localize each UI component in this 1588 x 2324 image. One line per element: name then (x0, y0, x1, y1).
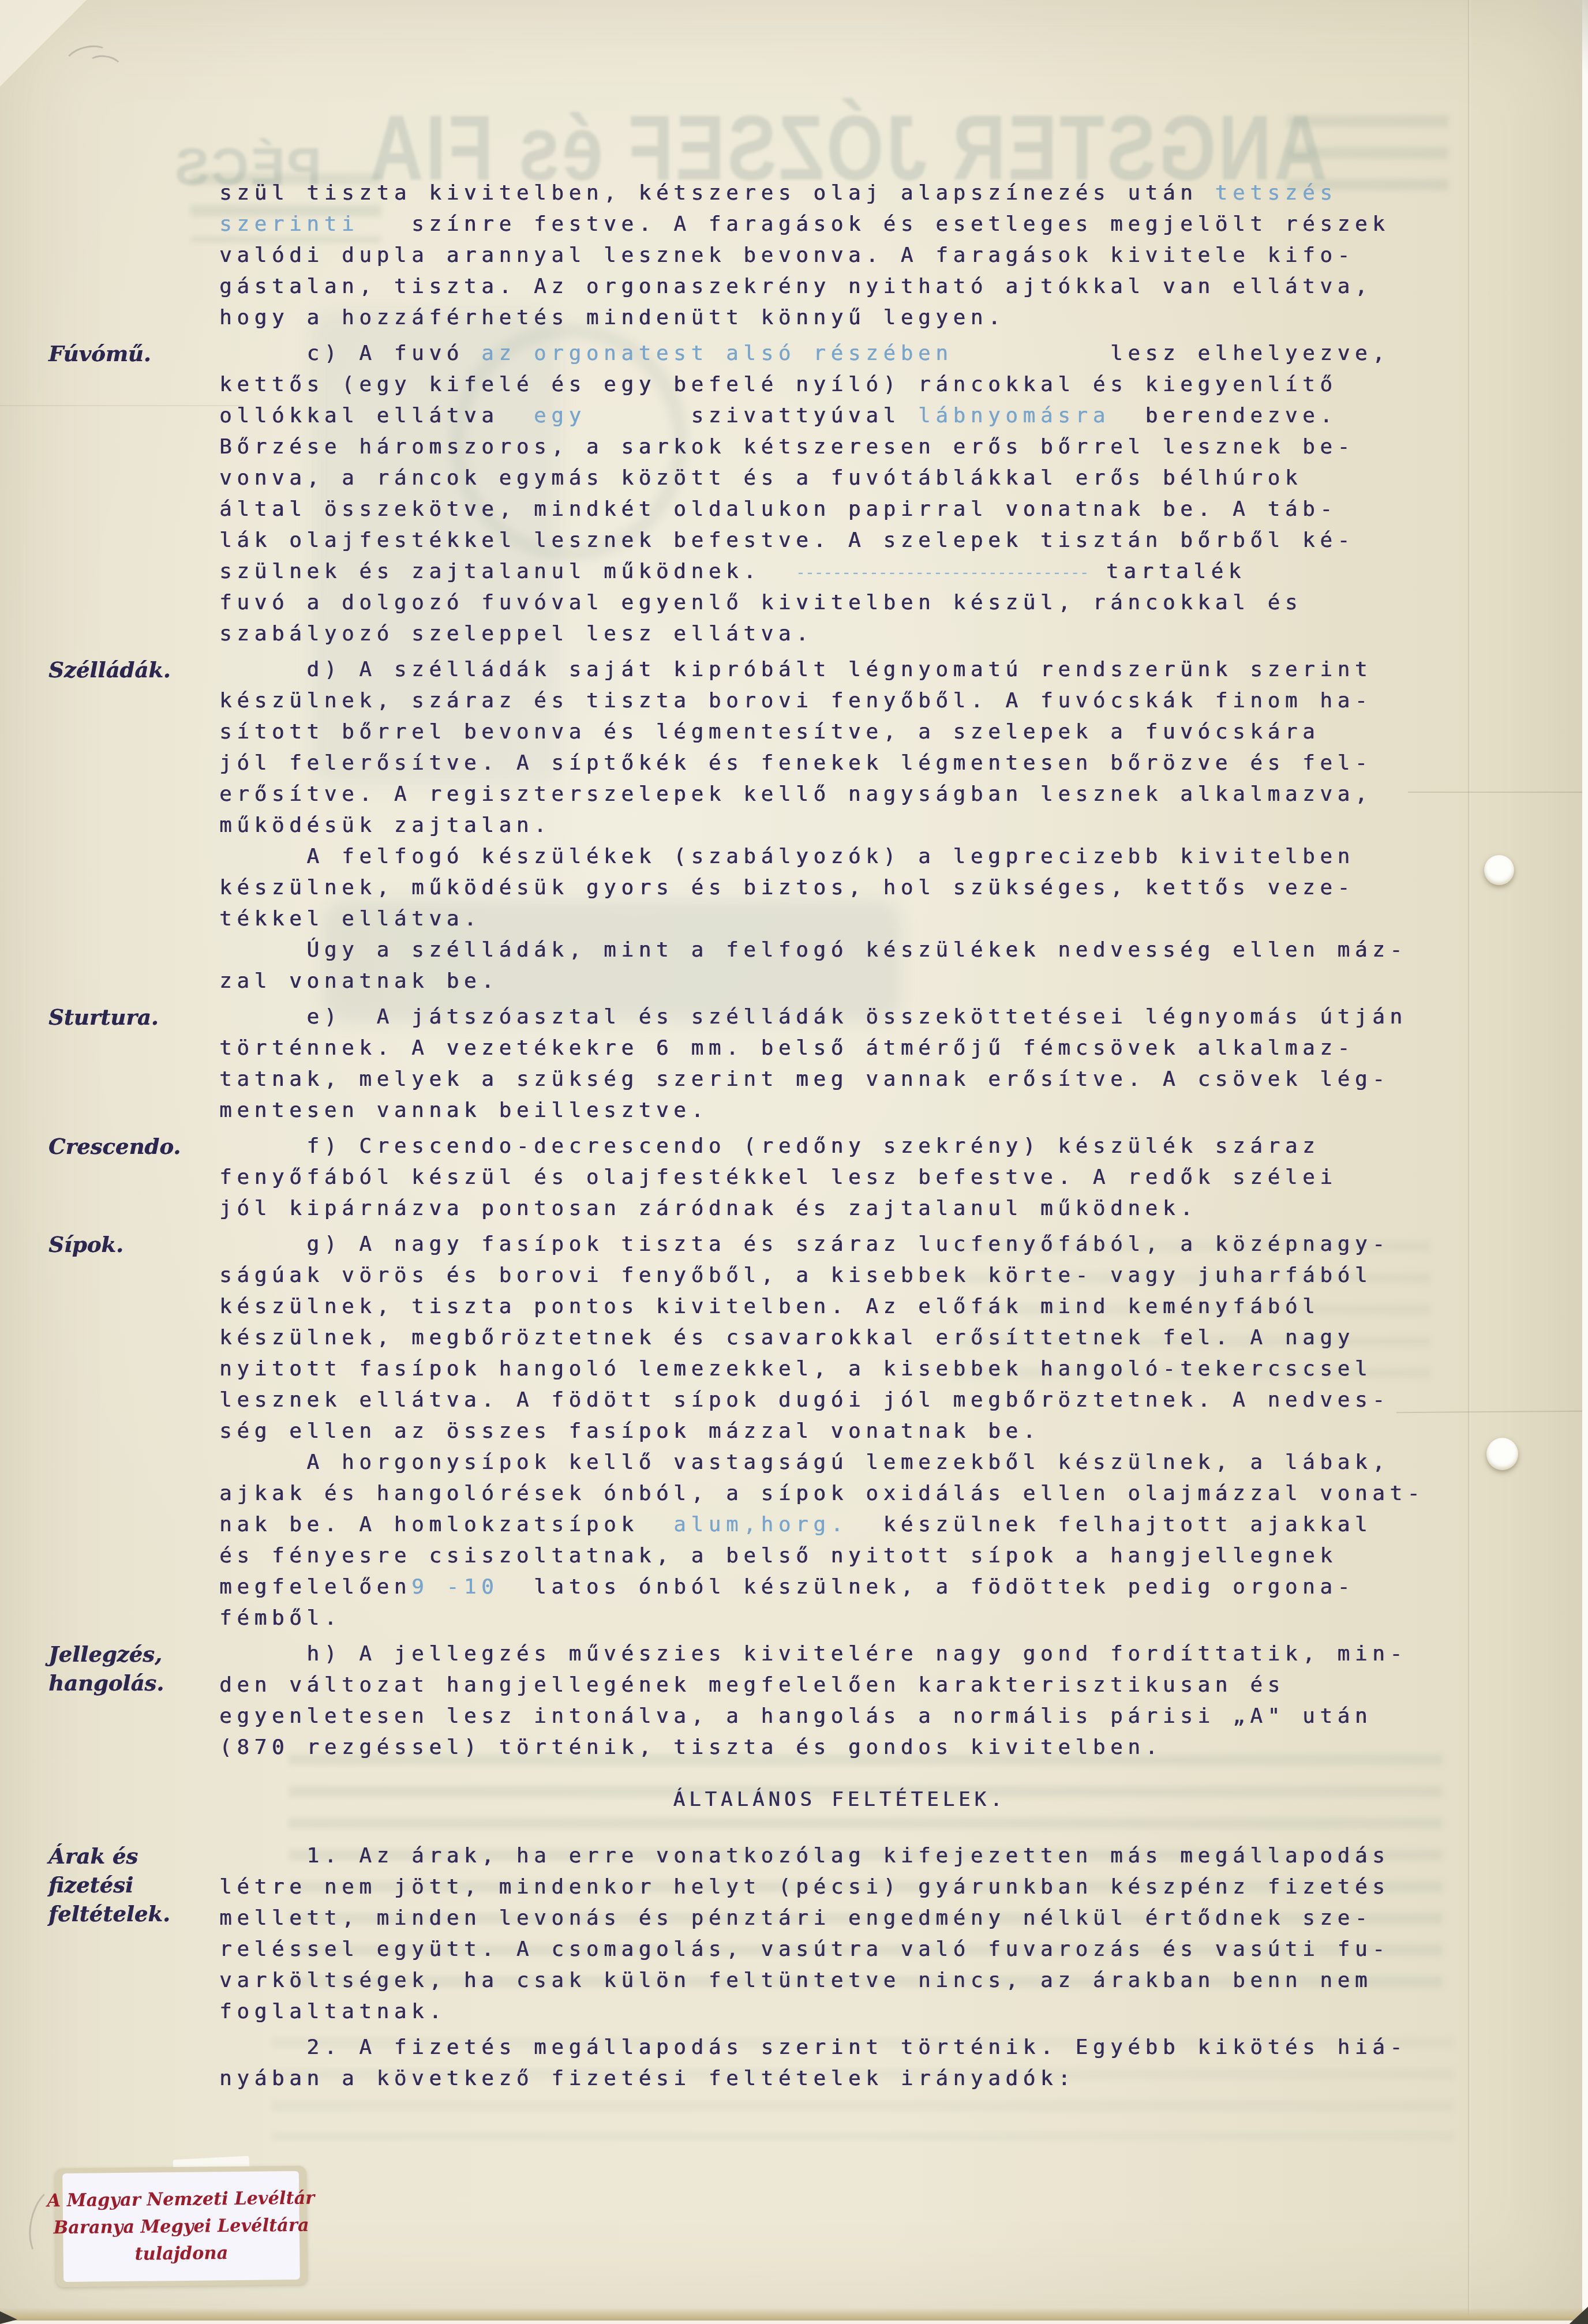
ink-text: készülnek, megbőröztetnek és csavarokkal… (219, 1326, 1355, 1350)
typewritten-line: hogy a hozzáférhetés mindenütt könnyű le… (219, 302, 1460, 333)
typewritten-line: által összekötve, mindkét oldalukon papi… (219, 494, 1460, 525)
scanned-document-page: ANGSTER JÓZSEF és FIA PÉCS szül tiszta k… (0, 0, 1588, 2324)
typewritten-line: 2. A fizetés megállapodás szerint történ… (219, 2032, 1460, 2063)
blue-insert-text: lábnyomásra (918, 404, 1110, 428)
ink-text: jól felerősítve. A síptőkék és fenekek l… (219, 751, 1372, 775)
ink-text: g) A nagy fasípok tiszta és száraz lucfe… (219, 1232, 1389, 1256)
ink-text: egyenletesen lesz intonálva, a hangolás … (219, 1704, 1372, 1728)
ink-text: c) A fuvó (219, 342, 481, 365)
margin-label-jellegzes: Jellegzés,hangolás. (48, 1640, 216, 1697)
section-arak: 1. Az árak, ha erre vonatkozólag kifejez… (219, 1841, 1460, 2027)
ink-text: kettős (egy kifelé és egy befelé nyíló) … (219, 373, 1338, 396)
ink-text: mellett, minden levonás és pénztári enge… (219, 1906, 1372, 1930)
margin-label-line: Sípok. (48, 1230, 216, 1259)
typewritten-line: g) A nagy fasípok tiszta és száraz lucfe… (219, 1229, 1460, 1260)
typewritten-line: (870 rezgéssel) történik, tiszta és gond… (219, 1732, 1460, 1763)
ink-text: foglaltatnak. (219, 2000, 447, 2023)
section-crescendo: f) Crescendo-decrescendo (redőny szekrén… (219, 1131, 1460, 1224)
margin-label-line: hangolás. (48, 1669, 216, 1697)
typewritten-line: f) Crescendo-decrescendo (redőny szekrén… (219, 1131, 1460, 1162)
ink-text: tartalék (1088, 560, 1245, 583)
ink-text: e) A játszóasztal és szélládák összekött… (219, 1005, 1407, 1029)
typewritten-line: foglaltatnak. (219, 1996, 1460, 2027)
ink-text: den változat hangjellegének megfelelően … (219, 1673, 1285, 1697)
typewritten-line: jól felerősítve. A síptőkék és fenekek l… (219, 748, 1460, 779)
ink-text: fenyőfából készül és olajfestékkel lesz … (219, 1165, 1338, 1189)
typewritten-line: mentesen vannak beillesztve. (219, 1095, 1460, 1126)
margin-label-crescendo: Crescendo. (48, 1132, 216, 1161)
ink-text: gástalan, tiszta. Az orgonaszekrény nyit… (219, 275, 1372, 298)
ink-text: létre nem jött, mindenkor helyt (pécsi) … (219, 1875, 1389, 1899)
ink-text: nyitott fasípok hangoló lemezekkel, a ki… (219, 1357, 1372, 1381)
blue-insert-text: szerinti (219, 212, 359, 236)
margin-label-line: fizetési (48, 1871, 216, 1899)
blue-insert-text: alum,horg. (673, 1513, 848, 1536)
ink-text: 1. Az árak, ha erre vonatkozólag kifejez… (219, 1844, 1389, 1868)
ink-text: vonva, a ráncok egymás között és a fuvót… (219, 466, 1302, 490)
margin-label-arak: Árak ésfizetésifeltételek. (48, 1842, 216, 1928)
blue-insert-text: 9 -10 (411, 1575, 499, 1599)
ink-text: (870 rezgéssel) történik, tiszta és gond… (219, 1735, 1163, 1759)
ink-text: A horgonysípok kellő vastagságú lemezekb… (219, 1450, 1389, 1474)
typewritten-line: történnek. A vezetékekre 6 mm. belső átm… (219, 1033, 1460, 1064)
ink-text: sított bőrrel bevonva és légmentesítve, … (219, 720, 1320, 744)
ink-text: szabályozó szeleppel lesz ellátva. (219, 622, 813, 646)
ink-text: történnek. A vezetékekre 6 mm. belső átm… (219, 1036, 1355, 1060)
ink-text: és fényesre csiszoltatnak, a belső nyito… (219, 1544, 1338, 1568)
blue-dashed-line: -------------------------------- (796, 563, 1088, 582)
typewritten-line: erősítve. A regiszterszelepek kellő nagy… (219, 779, 1460, 810)
blue-insert-text: egy (534, 404, 586, 428)
ink-text: jól kipárnázva pontosan záródnak és zajt… (219, 1197, 1197, 1220)
typewritten-line: reléssel együtt. A csomagolás, vasútra v… (219, 1934, 1460, 1965)
torn-edge-top-right (1537, 0, 1588, 75)
crease-line (0, 405, 242, 406)
ink-text: berendezve. (1110, 404, 1338, 428)
ink-text: tatnak, melyek a szükség szerint meg van… (219, 1067, 1389, 1091)
margin-label-line: Fúvómű. (48, 339, 216, 368)
typewritten-line: nyitott fasípok hangoló lemezekkel, a ki… (219, 1354, 1460, 1385)
typewritten-line: és fényesre csiszoltatnak, a belső nyito… (219, 1540, 1460, 1572)
typewritten-line: szabályozó szeleppel lesz ellátva. (219, 619, 1460, 650)
margin-label-line: Árak és (48, 1842, 216, 1871)
ink-text: fémből. (219, 1606, 342, 1630)
typewritten-line: vonva, a ráncok egymás között és a fuvót… (219, 463, 1460, 494)
ink-text: A felfogó készülékek (szabályozók) a leg… (219, 845, 1355, 868)
typewritten-line: tékkel ellátva. (219, 904, 1460, 935)
ink-text: tékkel ellátva. (219, 907, 481, 931)
ink-text: nak be. A homlokzatsípok (219, 1513, 673, 1536)
ink-text: fuvó a dolgozó fuvóval egyenlő kivitelbe… (219, 591, 1302, 614)
stamp-line: A Magyar Nemzeti Levéltár (47, 2184, 315, 2214)
scanner-edge-bottom (0, 2321, 1588, 2324)
typewritten-line: szerinti színre festve. A faragások és e… (219, 209, 1460, 240)
ink-text: szül tiszta kivitelben, kétszeres olaj a… (219, 181, 1215, 205)
ink-text: lesznek ellátva. A födött sípok dugói jó… (219, 1388, 1389, 1412)
typewritten-line: den változat hangjellegének megfelelően … (219, 1670, 1460, 1701)
typewritten-line: tatnak, melyek a szükség szerint meg van… (219, 1064, 1460, 1095)
section-heading: ÁLTALÁNOS FELTÉTELEK. (219, 1784, 1460, 1815)
ink-text: készülnek, tiszta pontos kivitelben. Az … (219, 1295, 1320, 1318)
margin-label-line: feltételek. (48, 1899, 216, 1928)
ink-text: Bőrzése háromszoros, a sarkok kétszerese… (219, 435, 1355, 459)
typewritten-line: lák olajfestékkel lesznek befestve. A sz… (219, 525, 1460, 556)
margin-label-line: Jellegzés, (48, 1640, 216, 1669)
typewritten-line: szülnek és zajtalanul működnek. --------… (219, 556, 1460, 587)
typewritten-line: készülnek, tiszta pontos kivitelben. Az … (219, 1291, 1460, 1322)
page-edge-right (1582, 0, 1588, 2324)
typewritten-line: c) A fuvó az orgonatest alsó részében le… (219, 338, 1460, 369)
margin-label-line: Sturtura. (48, 1003, 216, 1032)
archive-stamp: A Magyar Nemzeti Levéltár Baranya Megyei… (55, 2166, 308, 2288)
ink-text: reléssel együtt. A csomagolás, vasútra v… (219, 1937, 1389, 1961)
ink-text: készülnek, működésük gyors és biztos, ho… (219, 876, 1355, 899)
typewritten-line: sított bőrrel bevonva és légmentesítve, … (219, 717, 1460, 748)
typewritten-line: A felfogó készülékek (szabályozók) a leg… (219, 841, 1460, 872)
ink-text: nyában a következő fizetési feltételek i… (219, 2067, 1075, 2090)
typewritten-line: ajkak és hangolórések ónból, a sípok oxi… (219, 1478, 1460, 1509)
ink-text: hogy a hozzáférhetés mindenütt könnyű le… (219, 306, 1005, 329)
page-corner-top-left (0, 0, 87, 87)
section-fuvomu: c) A fuvó az orgonatest alsó részében le… (219, 338, 1460, 650)
section-fizetes: 2. A fizetés megállapodás szerint történ… (219, 2032, 1460, 2094)
ink-text: által összekötve, mindkét oldalukon papi… (219, 497, 1338, 521)
typewritten-line: ságúak vörös és borovi fenyőből, a kiseb… (219, 1260, 1460, 1291)
typewritten-line: működésük zajtalan. (219, 810, 1460, 841)
typewritten-line: fenyőfából készül és olajfestékkel lesz … (219, 1162, 1460, 1193)
typewritten-line: d) A szélládák saját kipróbált légnyomat… (219, 654, 1460, 685)
ink-text: valódi dupla arannyal lesznek bevonva. A… (219, 243, 1355, 267)
typewritten-line: létre nem jött, mindenkor helyt (pécsi) … (219, 1872, 1460, 1903)
ink-text: latos ónból készülnek, a födöttek pedig … (499, 1575, 1354, 1599)
vertical-fold-line (1468, 0, 1470, 2324)
ink-text: működésük zajtalan. (219, 814, 551, 837)
ink-text: lesz elhelyezve, (953, 342, 1390, 365)
typewritten-line: fémből. (219, 1603, 1460, 1634)
section-sturtura: e) A játszóasztal és szélládák összekött… (219, 1002, 1460, 1126)
typewritten-line: ollókkal ellátva egy szivattyúval lábnyo… (219, 400, 1460, 432)
section-intro: szül tiszta kivitelben, kétszeres olaj a… (219, 178, 1460, 333)
section-jellegzes: h) A jellegzés művészies kivitelére nagy… (219, 1639, 1460, 1763)
crease-line (1408, 792, 1588, 793)
typewritten-line: ség ellen az összes fasípok mázzal vonat… (219, 1416, 1460, 1447)
ink-text: készülnek felhajtott ajakkal (848, 1513, 1372, 1536)
typewritten-line: h) A jellegzés művészies kivitelére nagy… (219, 1639, 1460, 1670)
ink-text: ollókkal ellátva (219, 404, 534, 428)
margin-label-line: Crescendo. (48, 1132, 216, 1161)
ink-text: lák olajfestékkel lesznek befestve. A sz… (219, 528, 1355, 552)
typewritten-line: gástalan, tiszta. Az orgonaszekrény nyit… (219, 271, 1460, 302)
ink-text: szülnek és zajtalanul működnek. (219, 560, 796, 583)
ink-text: színre festve. A faragások és esetleges … (359, 212, 1389, 236)
typewritten-line: egyenletesen lesz intonálva, a hangolás … (219, 1701, 1460, 1732)
typewritten-line: varköltségek, ha csak külön feltüntetve … (219, 1965, 1460, 1996)
punch-hole (1484, 855, 1514, 885)
stamp-line: tulajdona (134, 2240, 228, 2268)
ink-text: ség ellen az összes fasípok mázzal vonat… (219, 1419, 1040, 1443)
ink-text: ÁLTALÁNOS FELTÉTELEK. (673, 1788, 1006, 1811)
section-szelladak: d) A szélládák saját kipróbált légnyomat… (219, 654, 1460, 997)
blue-insert-text: tetszés (1215, 181, 1338, 205)
margin-label-sturtura: Sturtura. (48, 1003, 216, 1032)
ink-text: Úgy a szélládák, mint a felfogó készülék… (219, 938, 1407, 962)
ink-text: ságúak vörös és borovi fenyőből, a kiseb… (219, 1264, 1372, 1287)
typewritten-line: A horgonysípok kellő vastagságú lemezekb… (219, 1447, 1460, 1478)
typewritten-line: lesznek ellátva. A födött sípok dugói jó… (219, 1385, 1460, 1416)
ink-text: megfelelően (219, 1575, 411, 1599)
section-sipok: g) A nagy fasípok tiszta és száraz lucfe… (219, 1229, 1460, 1634)
ink-text: varköltségek, ha csak külön feltüntetve … (219, 1969, 1372, 1992)
typewritten-line: nak be. A homlokzatsípok alum,horg. kész… (219, 1509, 1460, 1540)
typewritten-line: zal vonatnak be. (219, 966, 1460, 997)
typewritten-line: fuvó a dolgozó fuvóval egyenlő kivitelbe… (219, 587, 1460, 619)
typewritten-line: e) A játszóasztal és szélládák összekött… (219, 1002, 1460, 1033)
archive-stamp-label: A Magyar Nemzeti Levéltár Baranya Megyei… (62, 2171, 300, 2282)
section-heading-text: ÁLTALÁNOS FELTÉTELEK. (673, 1784, 1006, 1815)
ink-text: készülnek, száraz és tiszta borovi fenyő… (219, 689, 1372, 713)
ink-text: ajkak és hangolórések ónból, a sípok oxi… (219, 1482, 1425, 1505)
typewritten-line: megfelelően9 -10 latos ónból készülnek, … (219, 1572, 1460, 1603)
typewritten-text-column: szül tiszta kivitelben, kétszeres olaj a… (219, 178, 1460, 2094)
typewritten-line: mellett, minden levonás és pénztári enge… (219, 1903, 1460, 1934)
typewritten-line: nyában a következő fizetési feltételek i… (219, 2063, 1460, 2094)
ink-text: f) Crescendo-decrescendo (redőny szekrén… (219, 1134, 1320, 1158)
ink-text: mentesen vannak beillesztve. (219, 1099, 709, 1122)
ink-text: h) A jellegzés művészies kivitelére nagy… (219, 1642, 1407, 1666)
typewritten-line: készülnek, száraz és tiszta borovi fenyő… (219, 685, 1460, 717)
typewritten-line: szül tiszta kivitelben, kétszeres olaj a… (219, 178, 1460, 209)
typewritten-line: készülnek, megbőröztetnek és csavarokkal… (219, 1322, 1460, 1354)
blue-insert-text: az orgonatest alsó részében (481, 342, 953, 365)
ink-text: 2. A fizetés megállapodás szerint történ… (219, 2036, 1407, 2059)
typewritten-line: kettős (egy kifelé és egy befelé nyíló) … (219, 369, 1460, 400)
typewritten-line: 1. Az árak, ha erre vonatkozólag kifejez… (219, 1841, 1460, 1872)
typewritten-line: készülnek, működésük gyors és biztos, ho… (219, 872, 1460, 904)
typewritten-line: jól kipárnázva pontosan záródnak és zajt… (219, 1193, 1460, 1224)
margin-label-sipok: Sípok. (48, 1230, 216, 1259)
ink-text: erősítve. A regiszterszelepek kellő nagy… (219, 782, 1372, 806)
ink-text: d) A szélládák saját kipróbált légnyomat… (219, 658, 1372, 681)
stamp-line: Baranya Megyei Levéltára (53, 2211, 309, 2241)
margin-label-szelladak: Szélládák. (48, 655, 216, 684)
typewritten-line: Úgy a szélládák, mint a felfogó készülék… (219, 935, 1460, 966)
margin-label-fuvomu: Fúvómű. (48, 339, 216, 368)
margin-label-line: Szélládák. (48, 655, 216, 684)
ink-text: zal vonatnak be. (219, 969, 499, 993)
ink-text: szivattyúval (586, 404, 918, 428)
punch-hole (1486, 1438, 1518, 1470)
typewritten-line: Bőrzése háromszoros, a sarkok kétszerese… (219, 432, 1460, 463)
typewritten-line: valódi dupla arannyal lesznek bevonva. A… (219, 240, 1460, 271)
